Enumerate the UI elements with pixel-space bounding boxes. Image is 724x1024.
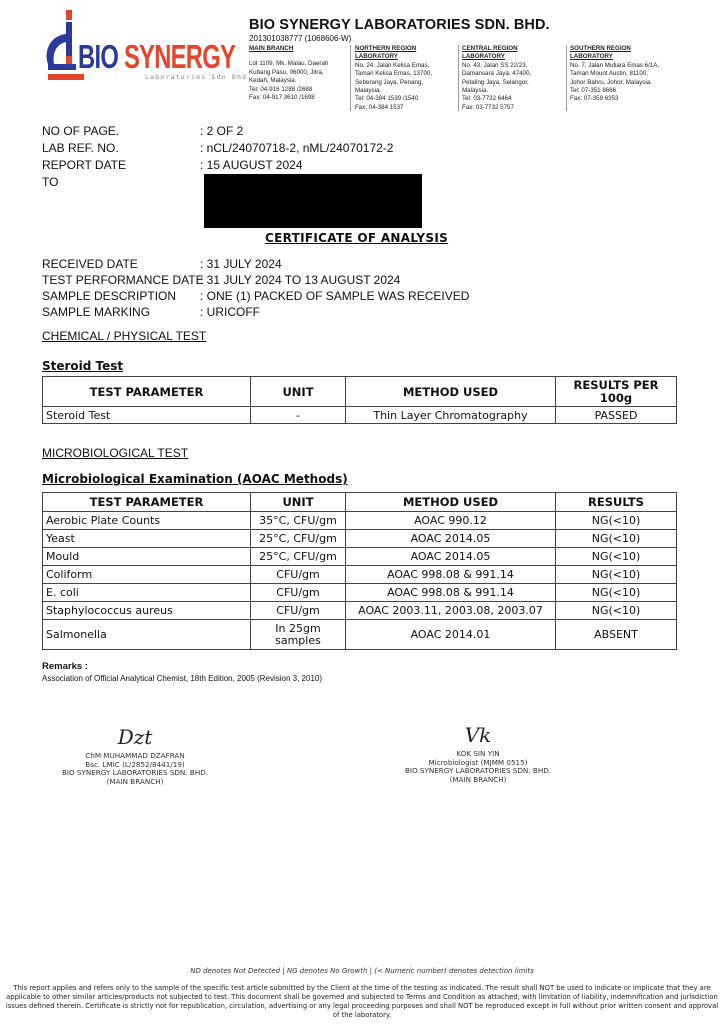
table-row: Salmonella In 25gm samples AOAC 2014.01 … [43, 620, 677, 650]
lab-ref-value: : nCL/24070718-2, nML/24070172-2 [200, 140, 393, 157]
table-row: Staphylococcus aureus CFU/gm AOAC 2003.1… [43, 602, 677, 620]
column-header: METHOD USED [346, 493, 556, 512]
chemical-section-title: CHEMICAL / PHYSICAL TEST [42, 329, 206, 343]
test-performance-date-label: TEST PERFORMANCE DATE [42, 272, 204, 289]
no-of-page-label: NO OF PAGE. [42, 123, 119, 140]
signature-image: Dzt [40, 722, 230, 752]
microbiological-table: TEST PARAMETER UNIT METHOD USED RESULTS … [42, 492, 677, 650]
divider [566, 45, 567, 111]
sample-marking-label: SAMPLE MARKING [42, 304, 150, 321]
table-row: Coliform CFU/gm AOAC 998.08 & 991.14 NG(… [43, 566, 677, 584]
sample-info: RECEIVED DATE : 31 JULY 2024 TEST PERFOR… [42, 256, 682, 326]
sample-marking-value: : URICOFF [200, 304, 260, 321]
column-header: RESULTS [556, 493, 677, 512]
divider [350, 45, 351, 111]
received-date-value: : 31 JULY 2024 [200, 256, 282, 273]
signatory-branch: (MAIN BRANCH) [40, 778, 230, 787]
registration-number: 201301038777 (1068606-W) [249, 34, 351, 43]
certificate-title: CERTIFICATE OF ANALYSIS [265, 231, 448, 245]
micro-table-title: Microbiological Examination (AOAC Method… [42, 472, 348, 486]
report-date-value: : 15 AUGUST 2024 [200, 157, 303, 174]
disclaimer: This report applies and refers only to t… [4, 984, 720, 1020]
no-of-page-value: : 2 OF 2 [200, 123, 243, 140]
sample-description-label: SAMPLE DESCRIPTION [42, 288, 176, 305]
steroid-test-table: TEST PARAMETER UNIT METHOD USED RESULTS … [42, 376, 677, 424]
test-performance-date-value: : 31 JULY 2024 TO 13 AUGUST 2024 [200, 272, 400, 289]
to-label: TO [42, 174, 58, 191]
logo-tagline: Laboratories Sdn Bhd [145, 73, 247, 81]
company-name: BIO SYNERGY LABORATORIES SDN. BHD. [249, 17, 550, 33]
column-header: METHOD USED [346, 377, 556, 407]
table-row: Steroid Test - Thin Layer Chromatography… [43, 407, 677, 424]
report-date-label: REPORT DATE [42, 157, 126, 174]
signatory-branch: (MAIN BRANCH) [378, 776, 578, 785]
column-header: TEST PARAMETER [43, 493, 251, 512]
branch-main: MAIN BRANCH Lot 1109, Mk. Malau, Daerah … [249, 45, 349, 102]
abbreviation-legend: ND denotes Not Detected | NG denotes No … [0, 967, 724, 975]
divider [458, 45, 459, 111]
column-header: UNIT [251, 493, 346, 512]
table-row: Mould 25°C, CFU/gm AOAC 2014.05 NG(<10) [43, 548, 677, 566]
table-row: Yeast 25°C, CFU/gm AOAC 2014.05 NG(<10) [43, 530, 677, 548]
logo-wordmark: BIO SYNERGY [78, 38, 235, 76]
branch-southern: SOUTHERN REGION LABORATORY No. 7, Jalan … [570, 45, 690, 104]
branch-northern: NORTHERN REGION LABORATORY No. 24, Jalan… [355, 45, 455, 112]
remarks-text: Association of Official Analytical Chemi… [42, 674, 322, 683]
column-header: TEST PARAMETER [43, 377, 251, 407]
micro-section-title: MICROBIOLOGICAL TEST [42, 446, 188, 460]
table-row: Aerobic Plate Counts 35°C, CFU/gm AOAC 9… [43, 512, 677, 530]
redacted-recipient [204, 174, 422, 228]
signatory-2: Vk KOK SIN YIN Microbiologist (MJMM 0515… [378, 720, 578, 784]
branch-central: CENTRAL REGION LABORATORY No. 43, Jalan … [462, 45, 562, 112]
table-row: E. coli CFU/gm AOAC 998.08 & 991.14 NG(<… [43, 584, 677, 602]
lab-ref-label: LAB REF. NO. [42, 140, 119, 157]
column-header: UNIT [251, 377, 346, 407]
signatory-1: Dzt ChM MUHAMMAD DZAFRAN Bsc. LMIC (L/28… [40, 722, 230, 786]
received-date-label: RECEIVED DATE [42, 256, 138, 273]
steroid-table-title: Steroid Test [42, 359, 123, 373]
signature-image: Vk [378, 720, 578, 750]
column-header: RESULTS PER 100g [556, 377, 677, 407]
remarks-heading: Remarks : [42, 661, 88, 672]
sample-description-value: : ONE (1) PACKED OF SAMPLE WAS RECEIVED [200, 288, 469, 305]
